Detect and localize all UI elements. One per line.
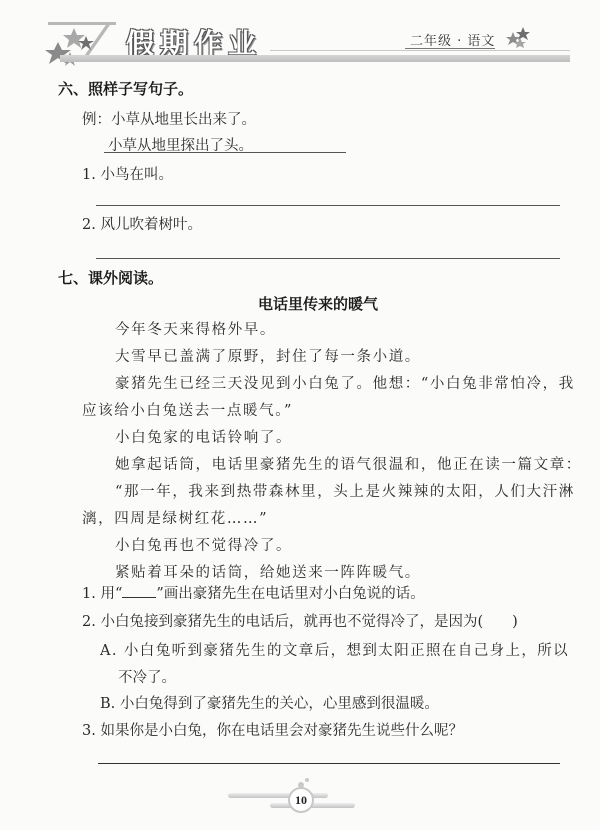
story-paragraph: “那一年，我来到热带森林里，头上是火辣辣的太阳，人们大汗淋 (115, 480, 575, 501)
header-bar (60, 55, 570, 62)
story-paragraph: 小白兔再也不觉得冷了。 (115, 534, 292, 555)
example-row: 例：小草从地里长出来了。 (82, 108, 256, 129)
exercise-item-1: 1. 小鸟在叫。 (82, 163, 173, 184)
story-paragraph: 小白兔家的电话铃响了。 (115, 426, 292, 447)
grade-subject-label: 二年级 · 语文 (410, 30, 495, 49)
grade-underline (405, 48, 495, 49)
option-b[interactable]: B. 小白兔得到了豪猪先生的关心，心里感到很温暖。 (100, 692, 439, 713)
question-2: 2. 小白兔接到豪猪先生的电话后，就再也不觉得冷了，是因为( ) (82, 610, 518, 631)
option-a-continued: 不冷了。 (118, 666, 176, 687)
answer-line-2[interactable] (96, 258, 560, 259)
option-a[interactable]: A. 小白兔听到豪猪先生的文章后，想到太阳正照在自己身上，所以 (100, 639, 569, 660)
story-paragraph: 紧贴着耳朵的话筒，给她送来一阵阵暖气。 (115, 561, 421, 582)
header-rule (270, 50, 570, 51)
example-sentence: 小草从地里长出来了。 (111, 112, 256, 128)
exercise-item-2: 2. 风儿吹着树叶。 (82, 213, 202, 234)
page-number: 10 (288, 787, 314, 813)
story-paragraph: 今年冬天来得格外早。 (115, 318, 276, 339)
question-1-prefix: 1. 用“ (82, 586, 122, 602)
story-paragraph: 漓，四周是绿树红花……” (82, 507, 268, 528)
story-paragraph: 大雪早已盖满了原野，封住了每一条小道。 (115, 345, 421, 366)
stars-cluster-icon (40, 22, 102, 70)
footer-dot-decoration (305, 778, 309, 782)
story-paragraph: 应该给小白兔送去一点暖气。” (82, 399, 293, 420)
section-heading: 七、课外阅读。 (58, 267, 163, 288)
star-icon (503, 24, 533, 50)
question-1: 1. 用“”画出豪猪先生在电话里对小白兔说的话。 (82, 582, 425, 603)
answer-line-3[interactable] (98, 763, 560, 764)
answer-line-1[interactable] (96, 205, 560, 206)
underline-sample (122, 585, 156, 598)
story-paragraph: 她拿起话筒，电话里豪猪先生的语气很温和，他正在读一篇文章： (115, 453, 582, 474)
question-3: 3. 如果你是小白兔，你在电话里会对豪猪先生说些什么呢？ (82, 719, 463, 740)
section-heading: 六、照样子写句子。 (58, 78, 193, 99)
story-title: 电话里传来的暖气 (258, 293, 378, 314)
question-1-suffix: ”画出豪猪先生在电话里对小白兔说的话。 (156, 586, 424, 602)
example-label: 例： (82, 112, 111, 128)
example-answer-line (104, 152, 346, 153)
story-paragraph: 豪猪先生已经三天没见到小白兔了。他想：“小白兔非常怕冷，我 (115, 372, 575, 393)
